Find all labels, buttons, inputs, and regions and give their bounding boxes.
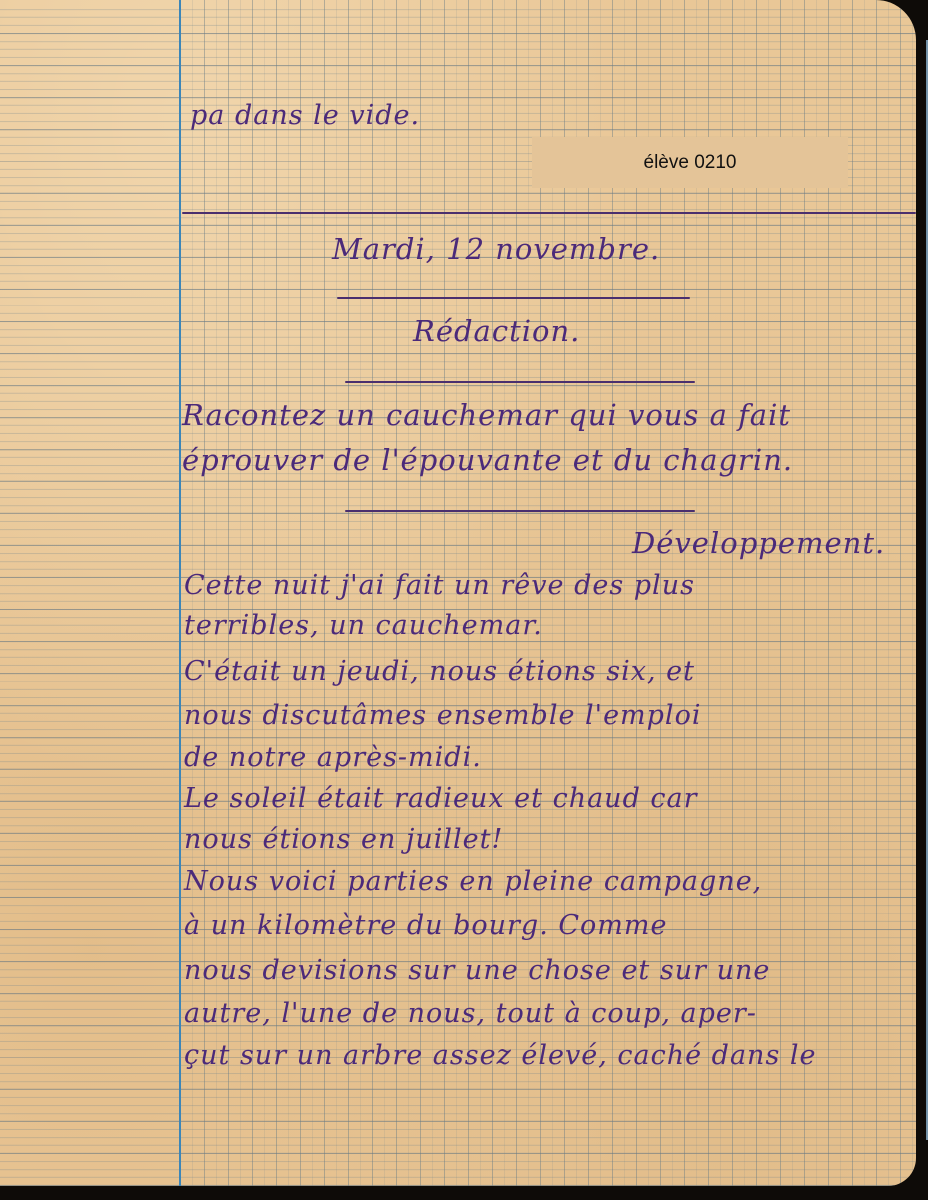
- body-line: Le soleil était radieux et chaud car: [184, 783, 698, 814]
- body-line: à un kilomètre du bourg. Comme: [184, 910, 667, 941]
- section-divider: [182, 212, 916, 214]
- date-heading: Mardi, 12 novembre.: [332, 232, 660, 266]
- student-label-box: élève 0210: [532, 137, 848, 188]
- body-line: nous discutâmes ensemble l'emploi: [184, 700, 701, 731]
- body-line: çut sur un arbre assez élevé, caché dans…: [184, 1040, 817, 1071]
- body-line: C'était un jeudi, nous étions six, et: [184, 656, 695, 687]
- subject-underline: [345, 381, 695, 383]
- body-line: Cette nuit j'ai fait un rêve des plus: [184, 570, 695, 601]
- carryover-line: pa dans le vide.: [190, 100, 420, 131]
- body-line: de notre après-midi.: [184, 742, 482, 773]
- body-line: Nous voici parties en pleine campagne,: [184, 866, 762, 897]
- margin-line: [179, 0, 181, 1186]
- body-line: autre, l'une de nous, tout à coup, aper-: [184, 998, 757, 1029]
- date-underline: [337, 297, 690, 299]
- body-line: terribles, un cauchemar.: [184, 610, 543, 641]
- notebook-page: pa dans le vide. élève 0210 Mardi, 12 no…: [0, 0, 916, 1186]
- prompt-line-1: Racontez un cauchemar qui vous a fait: [182, 398, 791, 432]
- subject-heading: Rédaction.: [413, 314, 580, 348]
- section-heading: Développement.: [632, 526, 885, 560]
- student-label: élève 0210: [644, 152, 737, 174]
- prompt-line-2: éprouver de l'épouvante et du chagrin.: [182, 443, 793, 477]
- body-line: nous devisions sur une chose et sur une: [184, 955, 770, 986]
- body-line: nous étions en juillet!: [184, 824, 503, 855]
- prompt-underline: [345, 510, 695, 512]
